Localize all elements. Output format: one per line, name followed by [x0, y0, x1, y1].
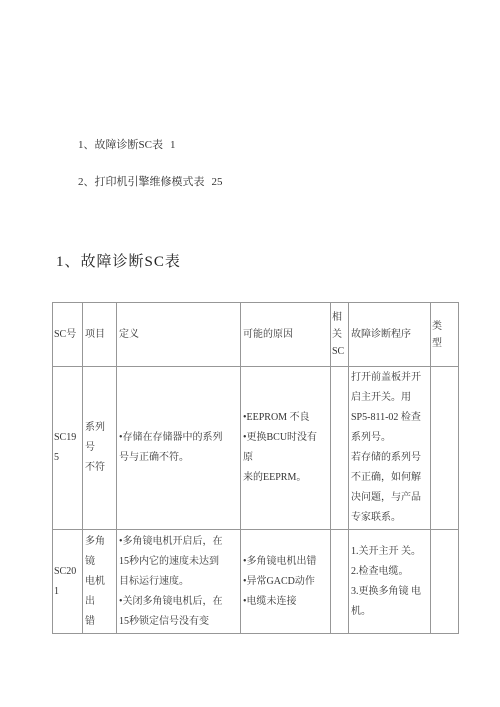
toc-item-1-label: 1、故障诊断SC表	[78, 139, 163, 151]
cell-sc-no: SC195	[53, 367, 83, 530]
toc-item-2: 2、打印机引擎维修模式表25	[78, 175, 223, 189]
table-row: SC195 系列号 不符 •存储在存储器中的系列 号与正确不符。 •EEPROM…	[53, 367, 459, 530]
document-page: 1、故障诊断SC表1 2、打印机引擎维修模式表25 1、故障诊断SC表 SC号 …	[0, 0, 500, 707]
toc-item-1: 1、故障诊断SC表1	[78, 138, 175, 152]
cell-procedure: 1.关开主开 关。 2.检查电缆。 3.更换多角镜 电 机。	[349, 530, 431, 634]
col-header-related-sc: 相 关 SC	[331, 303, 349, 367]
cell-type	[431, 367, 459, 530]
col-header-sc-no: SC号	[53, 303, 83, 367]
cell-procedure: 打开前盖板并开 启主开关。用 SP5-811-02 检查 系列号。 若存储的系列…	[349, 367, 431, 530]
sc-fault-table: SC号 项目 定义 可能的原因 相 关 SC 故障诊断程序 类 型 SC195 …	[52, 302, 459, 634]
cell-item: 多角镜 电机出 错	[83, 530, 117, 634]
toc-item-2-page-number: 25	[212, 176, 223, 188]
col-header-item: 项目	[83, 303, 117, 367]
cell-sc-no: SC201	[53, 530, 83, 634]
cell-type	[431, 530, 459, 634]
toc-item-1-page-number: 1	[170, 139, 176, 151]
section-title: 1、故障诊断SC表	[56, 252, 181, 272]
table-header-row: SC号 项目 定义 可能的原因 相 关 SC 故障诊断程序 类 型	[53, 303, 459, 367]
cell-related-sc	[331, 367, 349, 530]
col-header-causes: 可能的原因	[241, 303, 331, 367]
cell-item: 系列号 不符	[83, 367, 117, 530]
cell-definition: •多角镜电机开启后，在 15秒内它的速度未达到 目标运行速度。 •关闭多角镜电机…	[117, 530, 241, 634]
col-header-definition: 定义	[117, 303, 241, 367]
cell-causes: •EEPROM 不良 •更换BCU时没有 原 来的EEPRM。	[241, 367, 331, 530]
col-header-type: 类 型	[431, 303, 459, 367]
cell-definition: •存储在存储器中的系列 号与正确不符。	[117, 367, 241, 530]
cell-related-sc	[331, 530, 349, 634]
col-header-procedure: 故障诊断程序	[349, 303, 431, 367]
table-row: SC201 多角镜 电机出 错 •多角镜电机开启后，在 15秒内它的速度未达到 …	[53, 530, 459, 634]
toc-item-2-label: 2、打印机引擎维修模式表	[78, 176, 205, 188]
cell-causes: •多角镜电机出错 •异常GACD动作 •电缆未连接	[241, 530, 331, 634]
